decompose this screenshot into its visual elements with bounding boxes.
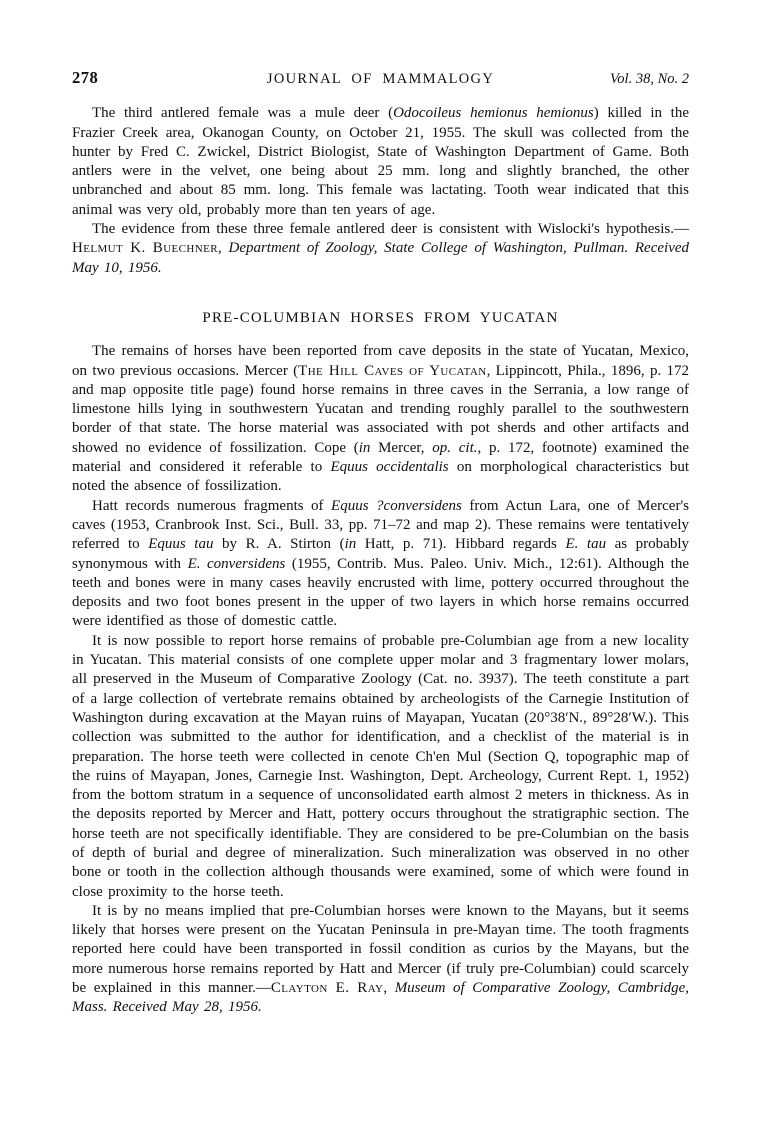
italic-run: E. tau <box>565 536 606 552</box>
paragraph: The evidence from these three female ant… <box>72 220 689 278</box>
article-section: PRE-COLUMBIAN HORSES FROM YUCATAN The re… <box>72 309 689 1018</box>
article-paragraphs: The remains of horses have been reported… <box>72 342 689 1017</box>
running-head: 278 JOURNAL OF MAMMALOGY Vol. 38, No. 2 <box>72 68 689 89</box>
text-run: It is now possible to report horse remai… <box>72 633 689 900</box>
italic-run: Equus ?conversidens <box>331 498 462 514</box>
italic-run: Equus occidentalis <box>330 459 448 475</box>
text-run: Mercer, <box>370 440 432 456</box>
journal-title: JOURNAL OF MAMMALOGY <box>182 70 579 89</box>
text-run: , <box>383 980 394 996</box>
page-number: 278 <box>72 68 182 87</box>
italic-run: E. conversidens <box>188 556 286 572</box>
italic-run: in <box>345 536 357 552</box>
paragraph: Hatt records numerous fragments of Equus… <box>72 497 689 632</box>
journal-page: 278 JOURNAL OF MAMMALOGY Vol. 38, No. 2 … <box>0 0 760 1144</box>
text-run: Hatt records numerous fragments of <box>92 498 331 514</box>
smallcaps-run: Helmut K. Buechner <box>72 240 218 256</box>
text-run: , <box>218 240 229 256</box>
paragraph: The third antlered female was a mule dee… <box>72 104 689 220</box>
article-title: PRE-COLUMBIAN HORSES FROM YUCATAN <box>72 309 689 328</box>
notes-paragraphs: The third antlered female was a mule dee… <box>72 104 689 278</box>
italic-run: in <box>359 440 371 456</box>
paragraph: It is now possible to report horse remai… <box>72 632 689 902</box>
volume-issue: Vol. 38, No. 2 <box>579 70 689 89</box>
paragraph: It is by no means implied that pre-Colum… <box>72 902 689 1018</box>
text-run: Hatt, p. 71). Hibbard regards <box>356 536 565 552</box>
italic-run: op. cit. <box>432 440 477 456</box>
text-run: by R. A. Stirton ( <box>213 536 344 552</box>
italic-run: Odocoileus hemionus hemionus <box>393 105 594 121</box>
paragraph: The remains of horses have been reported… <box>72 342 689 496</box>
text-run: The evidence from these three female ant… <box>92 221 689 237</box>
text-run: ) killed in the Frazier Creek area, Okan… <box>72 105 689 217</box>
smallcaps-run: The Hill Caves of Yucatan <box>298 363 486 379</box>
smallcaps-run: Clayton E. Ray <box>271 980 384 996</box>
general-notes-section: The third antlered female was a mule dee… <box>72 104 689 278</box>
italic-run: Equus tau <box>148 536 213 552</box>
text-run: The third antlered female was a mule dee… <box>92 105 393 121</box>
